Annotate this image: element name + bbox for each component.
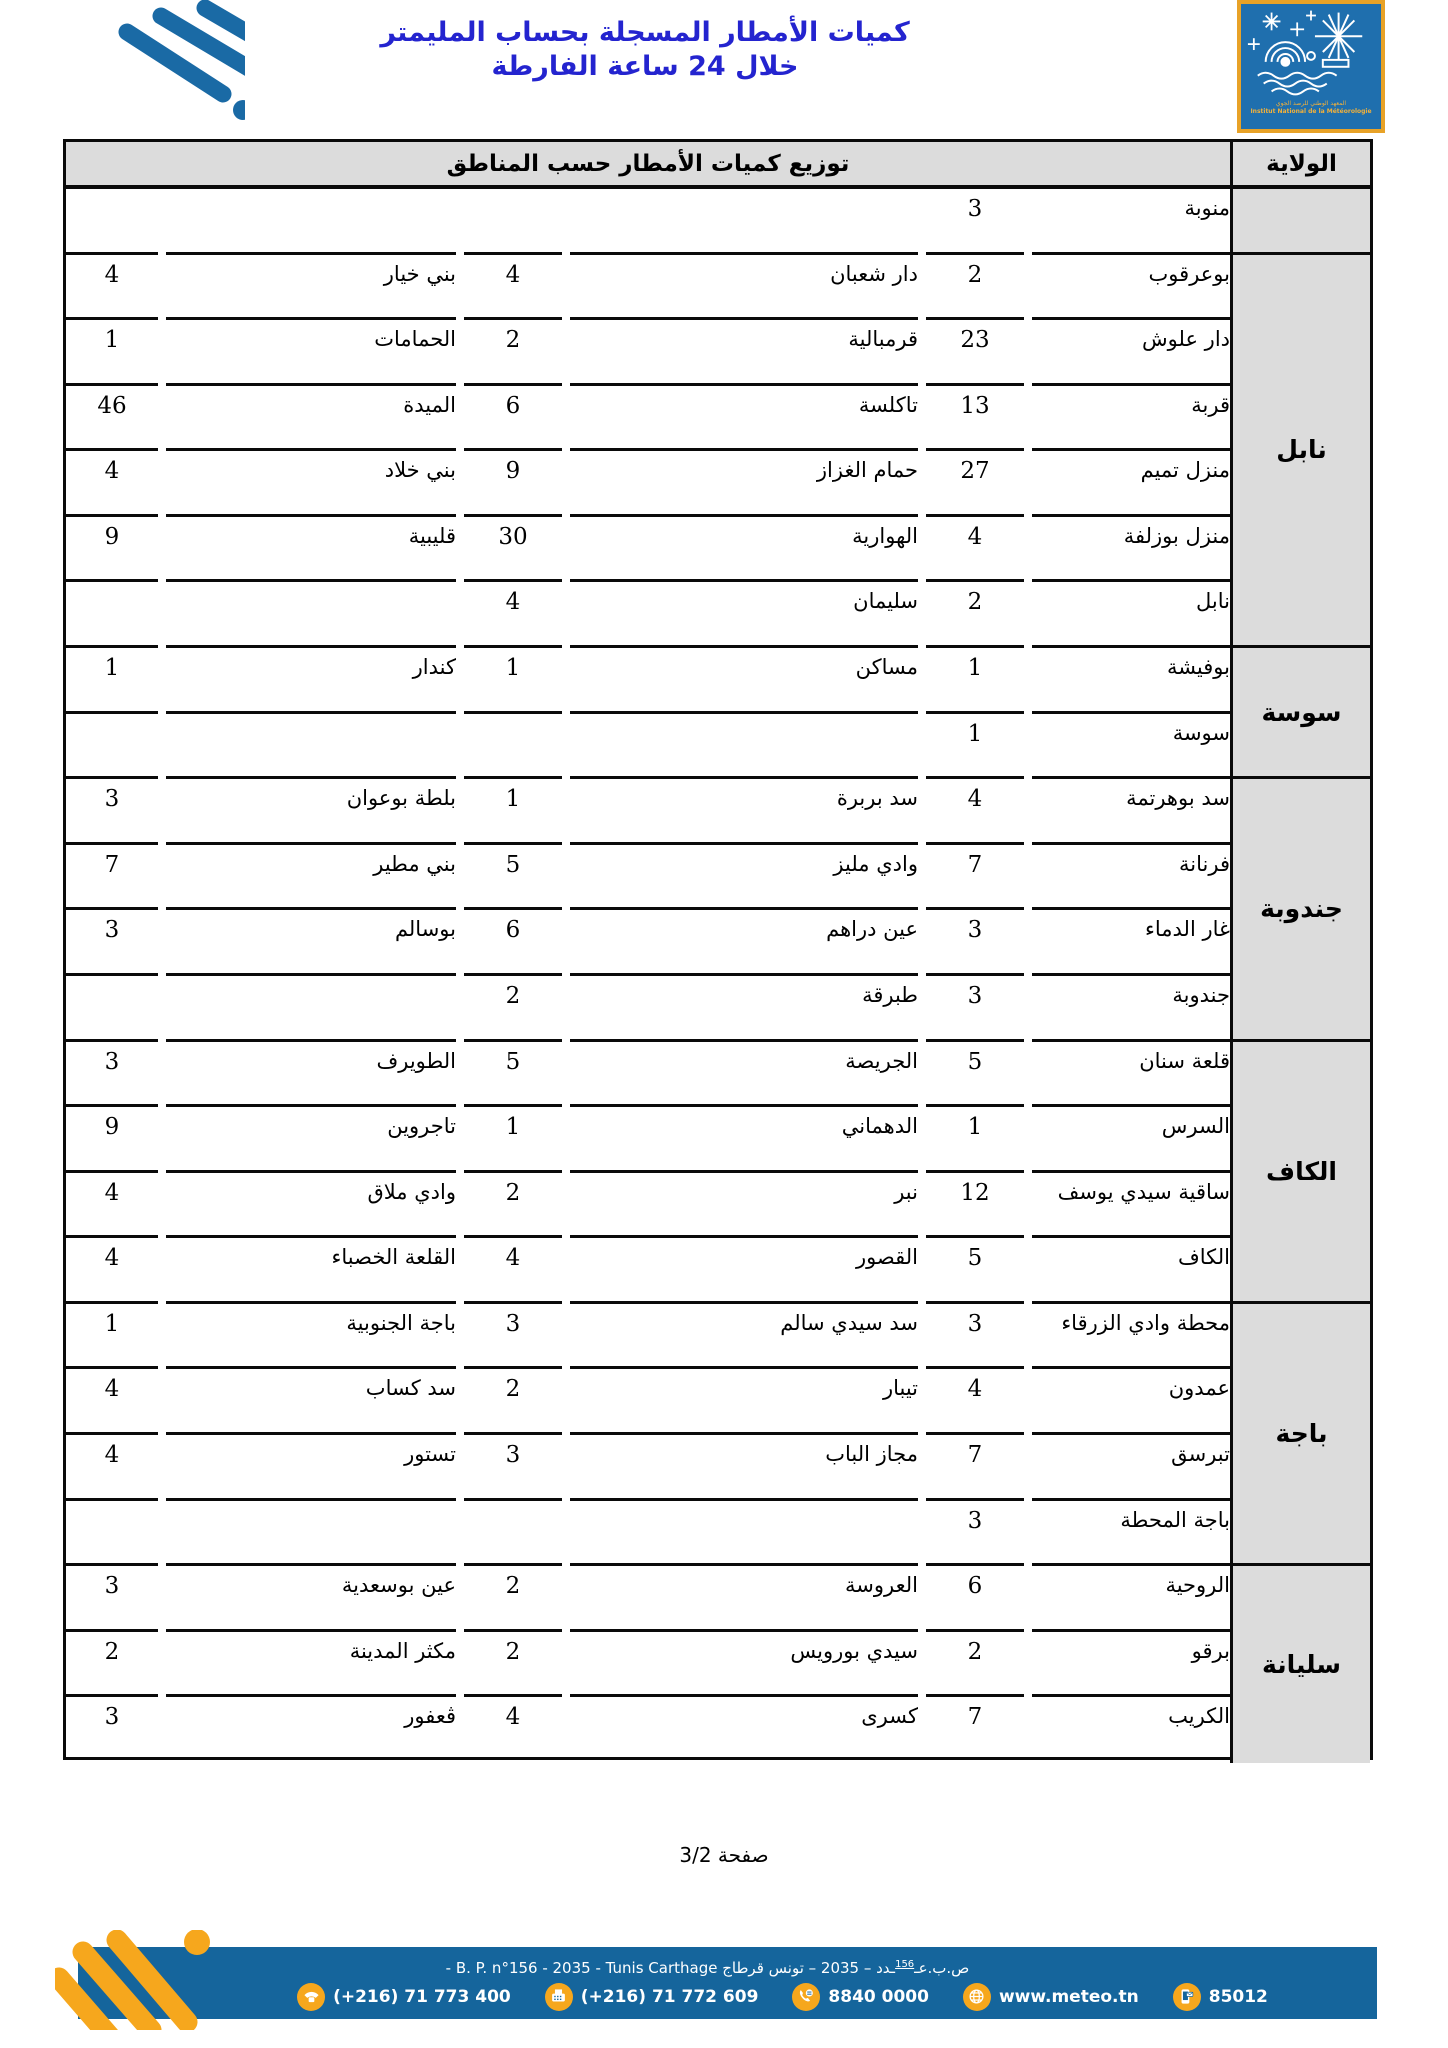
region-name [166, 189, 456, 255]
handset-icon [792, 1983, 820, 2011]
region-name: تستور [166, 1435, 456, 1501]
rain-value: 4 [66, 1369, 158, 1435]
rain-value: 3 [464, 1304, 562, 1370]
region-name: الطويرف [166, 1042, 456, 1108]
rain-value: 23 [926, 320, 1024, 386]
region-name: القلعة الخصباء [166, 1238, 456, 1304]
region-name: سد كساب [166, 1369, 456, 1435]
region-name: السرس [1032, 1107, 1230, 1173]
region-name: عين دراهم [570, 910, 918, 976]
contact-text: 8840 0000 [828, 1987, 929, 2007]
rain-value: 2 [464, 320, 562, 386]
footer-address: ص.ب.عـ156ـدد – 2035 – تونس قرطاج B. P. n… [78, 1956, 1377, 1977]
table-row: سوسة1 [66, 714, 1230, 780]
rain-value: 6 [464, 386, 562, 452]
logo-text-french: Institut National de la Météorologie [1250, 108, 1371, 116]
region-name: الميدة [166, 386, 456, 452]
table-row: الكاف5القصور4القلعة الخصباء4 [66, 1238, 1230, 1304]
governorate-label [1230, 189, 1370, 255]
region-name: الهوارية [570, 517, 918, 583]
rain-value: 46 [66, 386, 158, 452]
rain-value: 7 [66, 845, 158, 911]
globe-icon [963, 1983, 991, 2011]
table-row: بوعرقوب2دار شعبان4بني خيار4 [66, 255, 1230, 321]
region-name: قلعة سنان [1032, 1042, 1230, 1108]
rain-value: 5 [926, 1042, 1024, 1108]
rain-value: 3 [926, 189, 1024, 255]
region-name: دار علوش [1032, 320, 1230, 386]
region-name: تاكلسة [570, 386, 918, 452]
rain-value: 9 [66, 1107, 158, 1173]
rain-value: 4 [926, 1369, 1024, 1435]
rain-value: 4 [66, 451, 158, 517]
logo-text-arabic: المعهد الوطني للرصد الجوي [1276, 100, 1346, 108]
governorate-group: منوبة3 [66, 189, 1370, 255]
table-row: برقو2سيدي بورويس2مكثر المدينة2 [66, 1632, 1230, 1698]
region-name [166, 976, 456, 1042]
rain-value: 5 [464, 845, 562, 911]
rain-value: 4 [464, 582, 562, 648]
rain-value: 4 [926, 779, 1024, 845]
rain-value: 6 [926, 1566, 1024, 1632]
region-name: سيدي بورويس [570, 1632, 918, 1698]
region-name: عين بوسعدية [166, 1566, 456, 1632]
rain-value: 4 [66, 255, 158, 321]
rain-value: 1 [464, 779, 562, 845]
contact-text: (+216) 71 773 400 [333, 1987, 511, 2007]
region-name: ساقية سيدي يوسف [1032, 1173, 1230, 1239]
region-name: جندوبة [1032, 976, 1230, 1042]
table-row: سد بوهرتمة4سد بربرة1بلطة بوعوان3 [66, 779, 1230, 845]
region-name [166, 714, 456, 780]
governorate-group: قلعة سنان5الجريصة5الطويرف3السرس1الدهماني… [66, 1042, 1370, 1304]
region-name: الكريب [1032, 1697, 1230, 1763]
rain-value: 3 [926, 910, 1024, 976]
region-name: كسرى [570, 1697, 918, 1763]
region-name: سد بوهرتمة [1032, 779, 1230, 845]
region-name: العروسة [570, 1566, 918, 1632]
title-line-1: كميات الأمطار المسجلة بحساب المليمتر [290, 16, 1000, 50]
rain-value: 1 [926, 714, 1024, 780]
governorate-label: الكاف [1230, 1042, 1370, 1304]
region-name: تيبار [570, 1369, 918, 1435]
rain-value: 4 [464, 1697, 562, 1763]
rain-value: 30 [464, 517, 562, 583]
region-name: بلطة بوعوان [166, 779, 456, 845]
governorate-group: الروحية6العروسة2عين بوسعدية3برقو2سيدي بو… [66, 1566, 1370, 1763]
table-row: قربة13تاكلسة6الميدة46 [66, 386, 1230, 452]
rain-value: 6 [464, 910, 562, 976]
brand-stripes-icon [55, 0, 245, 125]
table-row: عمدون4تيبار2سد كساب4 [66, 1369, 1230, 1435]
region-name: باجة الجنوبية [166, 1304, 456, 1370]
table-row: فرنانة7وادي مليز5بني مطير7 [66, 845, 1230, 911]
title-line-2: خلال 24 ساعة الفارطة [290, 50, 1000, 84]
region-name: باجة المحطة [1032, 1501, 1230, 1567]
region-name: غار الدماء [1032, 910, 1230, 976]
rain-value [66, 714, 158, 780]
table-row: دار علوش23قرمبالية2الحمامات1 [66, 320, 1230, 386]
governorate-group: بوفيشة1مساكن1كندار1سوسة1سوسة [66, 648, 1370, 779]
rain-value: 1 [66, 1304, 158, 1370]
table-row: الكريب7كسرى4ڨعفور3 [66, 1697, 1230, 1763]
region-name: حمام الغزاز [570, 451, 918, 517]
rainfall-table: توزيع كميات الأمطار حسب المناطق الولاية … [63, 139, 1373, 1760]
report-page: { "header": { "title_line1": "كميات الأم… [0, 0, 1448, 2048]
regions-header: توزيع كميات الأمطار حسب المناطق [66, 142, 1230, 185]
contact-item: (+216) 71 772 609 [545, 1983, 759, 2011]
rain-value: 4 [926, 517, 1024, 583]
region-name: كندار [166, 648, 456, 714]
region-name: بوسالم [166, 910, 456, 976]
region-name: وادي ملاق [166, 1173, 456, 1239]
table-row: السرس1الدهماني1تاجروين9 [66, 1107, 1230, 1173]
rain-value: 3 [926, 1304, 1024, 1370]
rain-value: 3 [66, 779, 158, 845]
region-name: قليبية [166, 517, 456, 583]
rain-value: 3 [926, 976, 1024, 1042]
region-name [166, 582, 456, 648]
contact-item: (+216) 71 773 400 [297, 1983, 511, 2011]
region-name: برقو [1032, 1632, 1230, 1698]
contact-text: 85012 [1209, 1987, 1268, 2007]
region-name: مساكن [570, 648, 918, 714]
region-name: محطة وادي الزرقاء [1032, 1304, 1230, 1370]
rain-value: 3 [66, 910, 158, 976]
rain-value: 1 [464, 648, 562, 714]
region-name: بني خيار [166, 255, 456, 321]
rain-value [66, 976, 158, 1042]
region-name: تاجروين [166, 1107, 456, 1173]
region-name [166, 1501, 456, 1567]
rain-value: 4 [464, 1238, 562, 1304]
rain-value: 1 [926, 1107, 1024, 1173]
table-row: باجة المحطة3 [66, 1501, 1230, 1567]
contact-text: (+216) 71 772 609 [581, 1987, 759, 2007]
table-row: غار الدماء3عين دراهم6بوسالم3 [66, 910, 1230, 976]
rain-value [464, 189, 562, 255]
rain-value [464, 714, 562, 780]
region-name: عمدون [1032, 1369, 1230, 1435]
rain-value: 3 [464, 1435, 562, 1501]
region-name: الكاف [1032, 1238, 1230, 1304]
table-row: تبرسق7مجاز الباب3تستور4 [66, 1435, 1230, 1501]
region-name: دار شعبان [570, 255, 918, 321]
address-arabic-prefix: ص.ب.عـ [914, 1959, 969, 1977]
group-rows: محطة وادي الزرقاء3سد سيدي سالم3باجة الجن… [66, 1304, 1230, 1566]
governorate-label: نابل [1230, 255, 1370, 648]
region-name: سوسة [1032, 714, 1230, 780]
region-name: مكثر المدينة [166, 1632, 456, 1698]
governorate-label: سوسة [1230, 648, 1370, 779]
governorate-group: بوعرقوب2دار شعبان4بني خيار4دار علوش23قرم… [66, 255, 1370, 648]
region-name: بني مطير [166, 845, 456, 911]
stripe-dot [233, 100, 245, 120]
rain-value: 5 [926, 1238, 1024, 1304]
contact-item: www.meteo.tn [963, 1983, 1139, 2011]
table-row: الروحية6العروسة2عين بوسعدية3 [66, 1566, 1230, 1632]
rain-value: 2 [464, 1173, 562, 1239]
group-rows: سد بوهرتمة4سد بربرة1بلطة بوعوان3فرنانة7و… [66, 779, 1230, 1041]
rain-value [66, 582, 158, 648]
mobile-icon [1173, 1983, 1201, 2011]
rain-value: 1 [926, 648, 1024, 714]
address-latin: B. P. n°156 - 2035 - Tunis Carthage - [446, 1959, 718, 1977]
rain-value [66, 189, 158, 255]
rain-value: 12 [926, 1173, 1024, 1239]
table-row: منوبة3 [66, 189, 1230, 255]
table-row: بوفيشة1مساكن1كندار1 [66, 648, 1230, 714]
table-row: قلعة سنان5الجريصة5الطويرف3 [66, 1042, 1230, 1108]
address-arabic-suffix: ـدد – 2035 – تونس قرطاج [722, 1959, 895, 1977]
region-name: الروحية [1032, 1566, 1230, 1632]
table-row: جندوبة3طبرقة2 [66, 976, 1230, 1042]
rain-value: 4 [464, 255, 562, 321]
rain-value: 3 [926, 1501, 1024, 1567]
rain-value: 2 [464, 1632, 562, 1698]
contact-text: www.meteo.tn [999, 1987, 1139, 2007]
rain-value: 2 [926, 582, 1024, 648]
contact-item: 8840 0000 [792, 1983, 929, 2011]
table-row: ساقية سيدي يوسف12نبر2وادي ملاق4 [66, 1173, 1230, 1239]
weather-emblem-icon [1242, 4, 1380, 100]
region-name: سد بربرة [570, 779, 918, 845]
rain-value: 7 [926, 845, 1024, 911]
region-name: الدهماني [570, 1107, 918, 1173]
page-title: كميات الأمطار المسجلة بحساب المليمتر خلا… [290, 16, 1000, 84]
rain-value: 4 [66, 1435, 158, 1501]
rain-value: 3 [66, 1566, 158, 1632]
region-name: القصور [570, 1238, 918, 1304]
rain-value: 7 [926, 1435, 1024, 1501]
rain-value: 3 [66, 1042, 158, 1108]
rain-value: 2 [464, 976, 562, 1042]
group-rows: قلعة سنان5الجريصة5الطويرف3السرس1الدهماني… [66, 1042, 1230, 1304]
region-name: طبرقة [570, 976, 918, 1042]
region-name: بني خلاد [166, 451, 456, 517]
rain-value: 1 [66, 648, 158, 714]
region-name: بوفيشة [1032, 648, 1230, 714]
region-name [570, 1501, 918, 1567]
telephone-icon [297, 1983, 325, 2011]
region-name [570, 714, 918, 780]
rain-value: 2 [464, 1566, 562, 1632]
table-header-row: توزيع كميات الأمطار حسب المناطق الولاية [66, 142, 1370, 189]
group-rows: بوعرقوب2دار شعبان4بني خيار4دار علوش23قرم… [66, 255, 1230, 648]
footer-contacts: (+216) 71 773 400(+216) 71 772 6098840 0… [78, 1983, 1377, 2011]
rain-value: 13 [926, 386, 1024, 452]
rain-value: 1 [66, 320, 158, 386]
rain-value: 5 [464, 1042, 562, 1108]
region-name: تبرسق [1032, 1435, 1230, 1501]
region-name: مجاز الباب [570, 1435, 918, 1501]
footer-brand-stripes-icon [55, 1930, 240, 2030]
table-body: منوبة3بوعرقوب2دار شعبان4بني خيار4دار علو… [66, 189, 1370, 1763]
region-name: نبر [570, 1173, 918, 1239]
region-name: الحمامات [166, 320, 456, 386]
governorate-label: جندوبة [1230, 779, 1370, 1041]
rain-value: 9 [464, 451, 562, 517]
fax-icon [545, 1983, 573, 2011]
rain-value: 2 [66, 1632, 158, 1698]
region-name: سليمان [570, 582, 918, 648]
region-name: سد سيدي سالم [570, 1304, 918, 1370]
rain-value: 1 [464, 1107, 562, 1173]
group-rows: الروحية6العروسة2عين بوسعدية3برقو2سيدي بو… [66, 1566, 1230, 1763]
rain-value: 9 [66, 517, 158, 583]
rain-value: 4 [66, 1238, 158, 1304]
footer-bar: ص.ب.عـ156ـدد – 2035 – تونس قرطاج B. P. n… [78, 1947, 1377, 2019]
governorate-label: سليانة [1230, 1566, 1370, 1763]
region-name: منزل تميم [1032, 451, 1230, 517]
rain-value [464, 1501, 562, 1567]
table-row: منزل تميم27حمام الغزاز9بني خلاد4 [66, 451, 1230, 517]
governorate-label: باجة [1230, 1304, 1370, 1566]
region-name: قرمبالية [570, 320, 918, 386]
governorate-header: الولاية [1230, 142, 1370, 185]
table-row: محطة وادي الزرقاء3سد سيدي سالم3باجة الجن… [66, 1304, 1230, 1370]
governorate-group: محطة وادي الزرقاء3سد سيدي سالم3باجة الجن… [66, 1304, 1370, 1566]
rain-value: 2 [464, 1369, 562, 1435]
region-name: فرنانة [1032, 845, 1230, 911]
footer-stripe-dot [184, 1930, 210, 1955]
region-name: منوبة [1032, 189, 1230, 255]
rain-value [66, 1501, 158, 1567]
rain-value: 27 [926, 451, 1024, 517]
contact-item: 85012 [1173, 1983, 1268, 2011]
table-row: منزل بوزلفة4الهوارية30قليبية9 [66, 517, 1230, 583]
governorate-group: سد بوهرتمة4سد بربرة1بلطة بوعوان3فرنانة7و… [66, 779, 1370, 1041]
rain-value: 2 [926, 255, 1024, 321]
rain-value: 7 [926, 1697, 1024, 1763]
rain-value: 4 [66, 1173, 158, 1239]
region-name [570, 189, 918, 255]
region-name: الجريصة [570, 1042, 918, 1108]
inm-logo: المعهد الوطني للرصد الجوي Institut Natio… [1237, 0, 1385, 133]
rain-value: 3 [66, 1697, 158, 1763]
region-name: بوعرقوب [1032, 255, 1230, 321]
region-name: وادي مليز [570, 845, 918, 911]
group-rows: بوفيشة1مساكن1كندار1سوسة1 [66, 648, 1230, 779]
page-number: صفحة 3/2 [0, 1843, 1448, 1867]
region-name: نابل [1032, 582, 1230, 648]
table-row: نابل2سليمان4 [66, 582, 1230, 648]
region-name: ڨعفور [166, 1697, 456, 1763]
rain-value: 2 [926, 1632, 1024, 1698]
region-name: قربة [1032, 386, 1230, 452]
region-name: منزل بوزلفة [1032, 517, 1230, 583]
group-rows: منوبة3 [66, 189, 1230, 255]
address-arabic-number: 156 [895, 1959, 914, 1970]
